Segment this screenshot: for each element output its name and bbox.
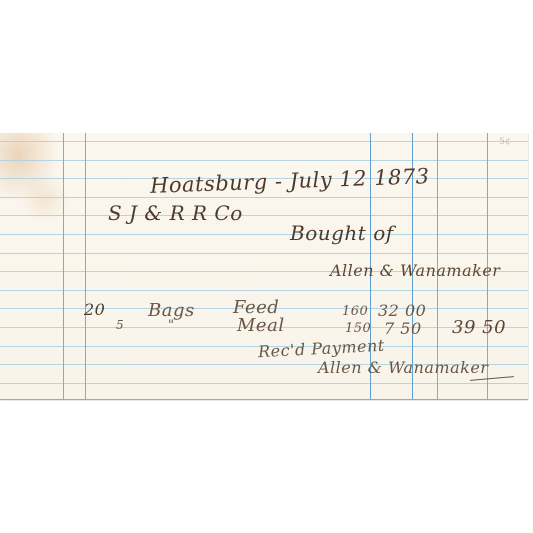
line-item-qty: 5 <box>116 318 124 332</box>
place-date: Hoatsburg - July 12 1873 <box>150 164 430 198</box>
ruled-line <box>0 234 528 235</box>
line-item-qty: 20 <box>84 300 105 319</box>
receipt-paper: 5¢ Hoatsburg - July 12 1873 S J & R R Co… <box>0 133 528 399</box>
line-item-amount: 32 00 <box>378 301 426 320</box>
line-item-rate: 160 <box>342 304 368 319</box>
ruled-line <box>0 197 528 198</box>
ruled-line <box>0 141 528 142</box>
margin-line <box>63 133 64 399</box>
ruled-line <box>0 290 528 291</box>
total-amount: 39 50 <box>452 317 506 338</box>
ruled-line <box>0 160 528 161</box>
line-item-rate: 150 <box>345 321 371 336</box>
margin-line <box>85 133 86 399</box>
bought-of-label: Bought of <box>290 221 394 245</box>
line-item-amount: 7 50 <box>384 319 422 338</box>
ruled-line <box>0 253 528 254</box>
ruled-line <box>0 383 528 384</box>
faint-stamp: 5¢ <box>488 137 522 193</box>
seller-name: Allen & Wanamaker <box>330 261 500 280</box>
ruled-line <box>0 215 528 216</box>
signature: Allen & Wanamaker <box>318 358 488 377</box>
line-item-unit: " <box>168 318 174 333</box>
customer-name: S J & R R Co <box>108 201 243 225</box>
line-item-name: Meal <box>237 315 285 336</box>
